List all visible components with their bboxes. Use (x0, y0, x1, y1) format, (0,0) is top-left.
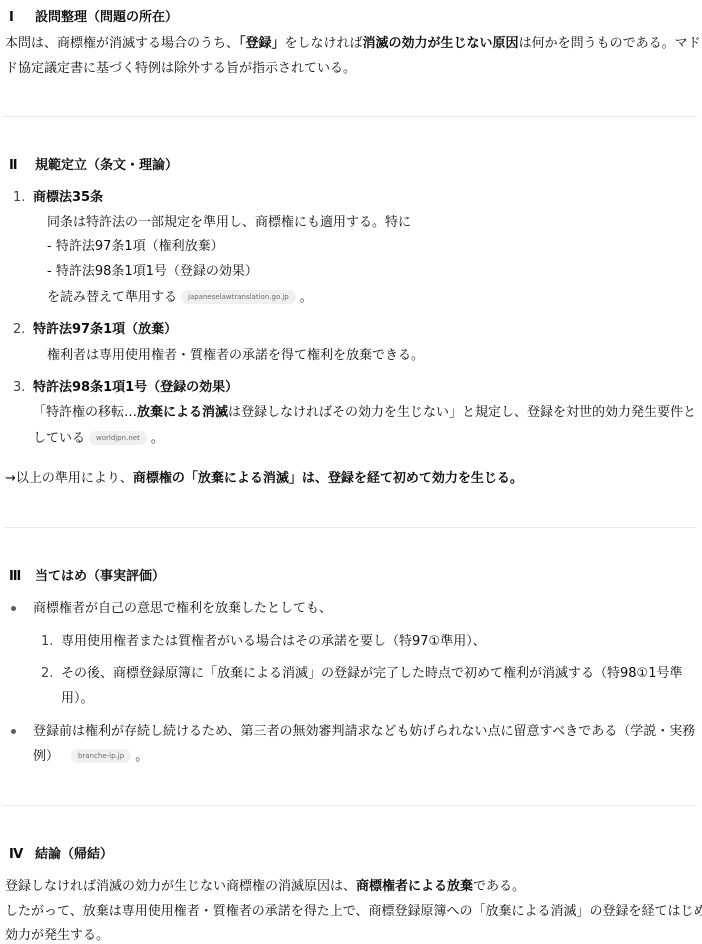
list-item-title: 3.特許法98条1項1号（登録の効果） (13, 374, 238, 402)
list-number: 1. (13, 184, 33, 212)
list-item-line: 権利者は専用使用権者・質権者の承諾を得て権利を放棄できる。 (47, 342, 424, 370)
source-citation-chip[interactable]: worldjpn.net (89, 431, 147, 445)
list-item-line: 「特許権の移転…放棄による消滅は登録しなければその効力を生じない」と規定し、登録… (33, 399, 696, 427)
text: を読み替えて準用する (47, 290, 177, 305)
text: 登録しなければ消滅の効力が生じない商標権の消滅原因は、 (5, 879, 356, 894)
list-item-title: 2.特許法97条1項（放棄） (13, 316, 177, 344)
text: 例） (33, 749, 59, 764)
bullet-icon (11, 606, 16, 611)
emphasis: 「登録」 (239, 36, 285, 51)
emphasis: 商標権の「放棄による消滅」は、登録を経て初めて効力を生じる。 (133, 471, 523, 486)
list-number: 2. (41, 660, 61, 688)
section-title: 規範定立（条文・理論） (35, 158, 178, 173)
text: 専用使用権者または質権者がいる場合はその承諾を要し（特97①準用）、 (61, 634, 486, 649)
list-number: 3. (13, 374, 33, 402)
text: 特許法97条1項（放棄） (33, 322, 177, 337)
section-title: 当てはめ（事実評価） (35, 569, 165, 584)
text: 「特許権の移転… (33, 405, 137, 420)
emphasis: 消滅の効力が生じない原因 (363, 36, 519, 51)
list-number: 1. (41, 628, 61, 656)
text: 商標法35条 (33, 190, 103, 205)
text: 。 (135, 749, 148, 764)
source-citation-chip[interactable]: branche-ip.jp (71, 749, 131, 763)
emphasis: 商標権者による放棄 (356, 879, 473, 894)
text: は何かを問うものである。マドリッ (519, 36, 702, 51)
section-numeral: Ⅲ (9, 563, 35, 591)
list-item-line: しているworldjpn.net。 (33, 425, 164, 453)
bullet-item: 商標権者が自己の意思で権利を放棄したとしても、 (33, 595, 332, 623)
section-heading-2: Ⅱ規範定立（条文・理論） (9, 152, 178, 180)
text: 。 (151, 431, 164, 446)
text: している (33, 431, 85, 446)
text: である。 (473, 879, 525, 894)
paragraph: 登録しなければ消滅の効力が生じない商標権の消滅原因は、商標権者による放棄である。 (5, 873, 525, 901)
text: をしなければ (285, 36, 363, 51)
bullet-icon (11, 729, 16, 734)
text: →以上の準用により、 (5, 471, 133, 486)
text: 本問は、商標権が消滅する場合のうち、 (5, 36, 239, 51)
bullet-item-line: 例）branche-ip.jp。 (33, 743, 148, 771)
divider (3, 527, 697, 528)
sub-list-item-line: 用）。 (61, 685, 94, 713)
divider (3, 116, 697, 117)
sub-list-item: 1.専用使用権者または質権者がいる場合はその承諾を要し（特97①準用）、 (41, 628, 486, 656)
emphasis: 放棄による消滅 (137, 405, 228, 420)
divider (3, 805, 697, 806)
list-number: 2. (13, 316, 33, 344)
source-citation-chip[interactable]: japaneselawtranslation.go.jp (181, 290, 296, 304)
list-item-line: - 特許法97条1項（権利放棄） (47, 233, 224, 261)
conclusion-line: →以上の準用により、商標権の「放棄による消滅」は、登録を経て初めて効力を生じる。 (5, 465, 523, 493)
section-heading-4: Ⅳ結論（帰結） (9, 841, 113, 869)
list-item-line: を読み替えて準用するjapaneselawtranslation.go.jp。 (47, 284, 313, 312)
list-item-title: 1.商標法35条 (13, 184, 103, 212)
section-title: 設問整理（問題の所在） (35, 10, 178, 25)
paragraph-line: ド協定議定書に基づく特例は除外する旨が指示されている。 (5, 55, 356, 83)
bullet-item: 登録前は権利が存続し続けるため、第三者の無効審判請求なども妨げられない点に留意す… (33, 718, 695, 746)
list-item-line: - 特許法98条1項1号（登録の効果） (47, 258, 258, 286)
section-heading-3: Ⅲ当てはめ（事実評価） (9, 563, 165, 591)
text: は登録しなければその効力を生じない」と規定し、登録を対世的効力発生要件と (228, 405, 696, 420)
paragraph-line: 効力が発生する。 (5, 922, 109, 944)
section-numeral: Ⅱ (9, 152, 35, 180)
paragraph-line: したがって、放棄は専用使用権者・質権者の承諾を得た上で、商標登録原簿への「放棄に… (5, 898, 702, 926)
section-title: 結論（帰結） (35, 847, 113, 862)
paragraph: 本問は、商標権が消滅する場合のうち、「登録」をしなければ消滅の効力が生じない原因… (5, 30, 702, 58)
section-numeral: Ⅰ (9, 4, 35, 32)
sub-list-item: 2.その後、商標登録原簿に「放棄による消滅」の登録が完了した時点で初めて権利が消… (41, 660, 682, 688)
text: 特許法98条1項1号（登録の効果） (33, 380, 238, 395)
text: 。 (300, 290, 313, 305)
text: その後、商標登録原簿に「放棄による消滅」の登録が完了した時点で初めて権利が消滅す… (61, 666, 682, 681)
section-numeral: Ⅳ (9, 841, 35, 869)
section-heading-1: Ⅰ設問整理（問題の所在） (9, 4, 178, 32)
